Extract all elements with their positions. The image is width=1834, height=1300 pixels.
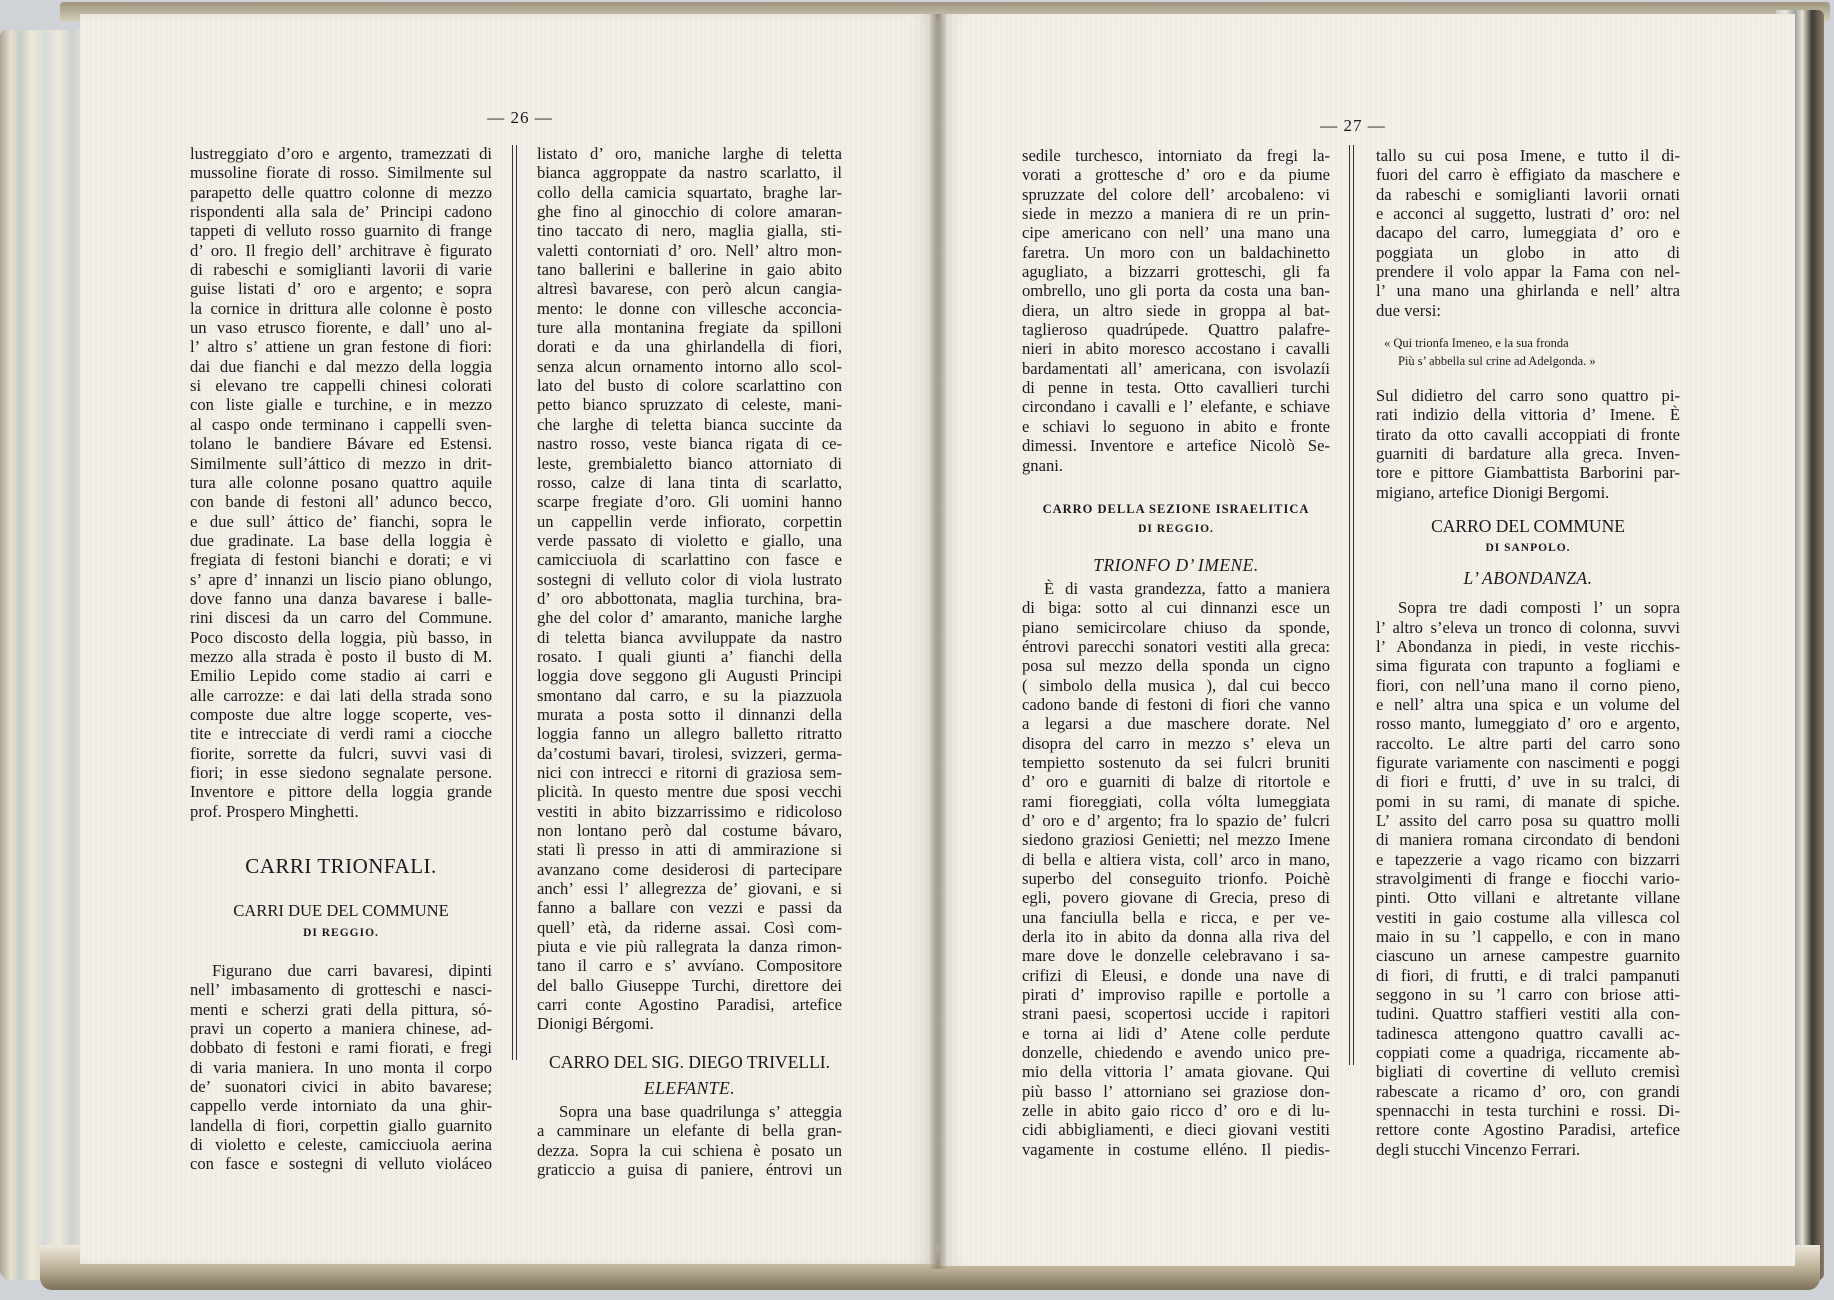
text-line: ciascuno un arnese campestre guarnito (1376, 946, 1680, 965)
text-line: dezza. Sopra la cui schiena è posato un (537, 1141, 842, 1160)
verse-line-1: « Qui trionfa Imeneo, e la sua fronda (1376, 334, 1680, 352)
text-line: nell’ imbasamento di grotteschi e nasci- (190, 980, 492, 999)
text-line: sima figurata con trapunto a fogliami e (1376, 656, 1680, 675)
text-line: fiori, con nell’una mano il corno pieno, (1376, 676, 1680, 695)
text-line: rosso manto, lumeggiato d’ oro e argento… (1376, 714, 1680, 733)
text-line: rabescate a ricamo d’ oro, con grandi (1376, 1082, 1680, 1101)
text-line: l’ altro s’ attiene un gran festone di f… (190, 337, 492, 356)
text-line: di penne in testa. Otto cavallieri turch… (1022, 378, 1330, 397)
column-rule-left (512, 145, 517, 1060)
text-line: bigliati di covertine di velluto cremisì (1376, 1062, 1680, 1081)
heading-carro-sezione-israelitica: CARRO DELLA SEZIONE ISRAELITICA (1022, 499, 1330, 519)
text-line: mussoline fiorate di rosso. Similmente s… (190, 163, 492, 182)
text-line: maio in su ’l cappello, e con in mano (1376, 927, 1680, 946)
book-left-page-stack (0, 30, 90, 1280)
text-line: gnani. (1022, 456, 1330, 475)
col4-paragraph-abondanza: Sopra tre dadi composti l’ un sopral’ al… (1376, 598, 1680, 1159)
text-line: non lontano però dal costume bávaro, (537, 821, 842, 840)
text-line: siedono graziosi Genietti; nel mezzo Ime… (1022, 830, 1330, 849)
text-line: donzelle, chiedendo e avendo unico pre- (1022, 1043, 1330, 1062)
text-line: del ballo Giuseppe Turchi, direttore dei (537, 976, 842, 995)
text-line: al caspo onde terminano i cappelli sven- (190, 415, 492, 434)
text-line: avanzano come desiderosi di partecipare (537, 860, 842, 879)
text-line: ture alla montanina fregiate da spilloni (537, 318, 842, 337)
text-line: mezzo alla strada è posto il busto di M. (190, 647, 492, 666)
text-line: e schiavi lo seguono in abito e fronte (1022, 417, 1330, 436)
text-line: sostegni di velluto color di viola lustr… (537, 570, 842, 589)
text-line: di varia maniera. In uno monta il corpo (190, 1058, 492, 1077)
verse-line-2: Più s’ abbella sul crine ad Adelgonda. » (1376, 352, 1680, 370)
text-line: quell’ età, da riderne assai. Così com- (537, 918, 842, 937)
text-line: da rabeschi e somiglianti lavorii ornati (1376, 185, 1680, 204)
text-line: a camminare un elefante di bella gran- (537, 1121, 842, 1140)
text-line: coppiati come a quadriga, riccamente ab- (1376, 1043, 1680, 1062)
text-line: vagamente in costume elléno. Il piedis- (1022, 1140, 1330, 1159)
text-line: rami fioreggiati, colla vólta lumeggiata (1022, 792, 1330, 811)
text-line: di bella e altiera vista, coll’ arco in … (1022, 850, 1330, 869)
text-line: disopra del carro in mezzo s’ eleva un (1022, 734, 1330, 753)
text-line: Emilio Lepido come stadio ai carri e (190, 666, 492, 685)
text-line: degli stucchi Vincenzo Ferrari. (1376, 1140, 1680, 1159)
text-line: rosato. I quali giunti a’ fianchi della (537, 647, 842, 666)
text-line: È di vasta grandezza, fatto a maniera (1022, 579, 1330, 598)
text-line: seggono in su ’l carro con briose atti- (1376, 985, 1680, 1004)
text-line: listato d’ oro, maniche larghe di telett… (537, 144, 842, 163)
text-line: mio della vittoria l’ amata giovane. Qui (1022, 1062, 1330, 1081)
text-line: di violetto e celeste, camicciuola aerin… (190, 1135, 492, 1154)
text-line: spennacchi in testa turchini e rossi. Di… (1376, 1101, 1680, 1120)
text-line: senza alcun ornamento intorno allo scol- (537, 357, 842, 376)
text-line: Similmente sull’áttico di mezzo in drit- (190, 454, 492, 473)
text-line: derla ito in abito da donna alla riva de… (1022, 927, 1330, 946)
text-line: plicità. In questo mentre due sposi vecc… (537, 782, 842, 801)
text-line: tura alle colonne posano quattro aquile (190, 473, 492, 492)
text-line: vorati a grottesche d’ oro e da piume (1022, 165, 1330, 184)
text-line: Dionigi Bérgomi. (537, 1014, 842, 1033)
text-line: da’costumi bavari, tirolesi, svizzeri, g… (537, 744, 842, 763)
text-line: ghe fino al ginocchio di colore amaran- (537, 202, 842, 221)
text-line: pomi in su rami, di manate di spiche. (1376, 792, 1680, 811)
text-line: leste, grembialetto bianco attorniato di (537, 454, 842, 473)
text-line: strani paesi, scopertosi uccide i rapito… (1022, 1004, 1330, 1023)
col2-paragraph-ballo: listato d’ oro, maniche larghe di telett… (537, 144, 842, 1034)
text-line: parapetto delle quattro colonne di mezzo (190, 183, 492, 202)
text-line: verde passato di violetto e giallo, una (537, 531, 842, 550)
text-line: fiorite, sorrette da fulcri, suvvi vasi … (190, 744, 492, 763)
heading-carro-del-commune-sanpolo: CARRO DEL COMMUNE (1376, 514, 1680, 538)
heading-carri-trionfali: CARRI TRIONFALI. (190, 847, 492, 885)
heading-l-abondanza: L’ ABONDANZA. (1376, 564, 1680, 592)
text-line: tano ballerini e ballerine in gaio abito (537, 260, 842, 279)
text-line: rettore conte Agostino Paradisi, artefic… (1376, 1120, 1680, 1139)
text-line: dobbato di festoni e rami fiorati, e fre… (190, 1038, 492, 1057)
text-line: fregiata di festoni bianchi e dorati; e … (190, 550, 492, 569)
text-line: di fiori e frutti, d’ uve in su tralci, … (1376, 772, 1680, 791)
text-line: con bande di festoni all’ adunco becco, (190, 492, 492, 511)
text-line: tallo su cui posa Imene, e tutto il di- (1376, 146, 1680, 165)
text-line: spruzzate del colore dell’ arcobaleno: v… (1022, 185, 1330, 204)
text-line: tempietto sostenuto da sei fulcri brunit… (1022, 753, 1330, 772)
text-line: circondano i cavalli e l’ elefante, e sc… (1022, 397, 1330, 416)
text-line: éntrovi parecchi sonatori vestiti alla g… (1022, 637, 1330, 656)
text-line: tite e intrecciate di verdi rami a ciocc… (190, 724, 492, 743)
text-line: tadinesca attengono quattro cavalli ac- (1376, 1024, 1680, 1043)
subheading-di-reggio-israelitica: DI REGGIO. (1022, 519, 1330, 539)
column-4: tallo su cui posa Imene, e tutto il di-f… (1376, 146, 1680, 1159)
text-line: e due sull’ áttico de’ fianchi, sopra le (190, 512, 492, 531)
text-line: bardamentati all’ americana, con isvolaz… (1022, 359, 1330, 378)
text-line: egli, povero giovane di Grecia, preso di (1022, 888, 1330, 907)
text-line: sedile turchesco, intorniato da fregi la… (1022, 146, 1330, 165)
text-line: due versi: (1376, 301, 1680, 320)
text-line: vestiti in abito bizzarrissimo e ridicol… (537, 802, 842, 821)
text-line: un vaso etrusco fiorente, e dall’ uno al… (190, 318, 492, 337)
text-line: raccolto. Le altre parti del carro sono (1376, 734, 1680, 753)
text-line: tudini. Quattro staffieri vestiti alla c… (1376, 1004, 1680, 1023)
text-line: altresì bavarese, con però alcun cangia- (537, 279, 842, 298)
text-line: pirati d’ improviso rapille e portolle a (1022, 985, 1330, 1004)
text-line: vestiti in gaio costume alla villesca co… (1376, 908, 1680, 927)
text-line: anch’ essi l’ allegrezza de’ giovani, e … (537, 879, 842, 898)
text-line: murata a posta sotto il dinnanzi della (537, 705, 842, 724)
text-line: ombrello, uno gli porta da costa una ban… (1022, 281, 1330, 300)
text-line: due gradinate. La base della loggia è (190, 531, 492, 550)
col2-paragraph-elefante: Sopra una base quadrilunga s’ atteggiaa … (537, 1102, 842, 1179)
text-line: taglieroso quadrúpede. Quattro palafre- (1022, 320, 1330, 339)
text-line: fiori; in esse siedono segnalate persone… (190, 763, 492, 782)
text-line: un cappellin verde infiorato, corpettin (537, 512, 842, 531)
text-line: con liste gialle e turchine, e in mezzo (190, 395, 492, 414)
subheading-elefante: ELEFANTE. (537, 1074, 842, 1102)
text-line: dimessi. Inventore e artefice Nicolò Se- (1022, 436, 1330, 455)
text-line: di biga: sotto al cui dinnanzi esce un (1022, 598, 1330, 617)
subheading-di-sanpolo: DI SANPOLO. (1376, 538, 1680, 558)
text-line: d’ oro abbottonata, maglia turchina, bra… (537, 589, 842, 608)
text-line: figurate variamente con nascimenti e pog… (1376, 753, 1680, 772)
text-line: dacapo del carro, lumeggiata d’ oro e (1376, 223, 1680, 242)
text-line: d’ oro. Il fregio dell’ architrave è fig… (190, 241, 492, 260)
text-line: d’ oro e d’ argento; fra lo spazio de’ f… (1022, 811, 1330, 830)
text-line: con fasce e sostegni di velluto violáceo (190, 1154, 492, 1173)
text-line: siede in mezzo a maniera di re un prin- (1022, 204, 1330, 223)
column-2: listato d’ oro, maniche larghe di telett… (537, 144, 842, 1179)
text-line: superbo del conseguito trionfo. Poichè (1022, 869, 1330, 888)
text-line: si elevano tre cappelli chinesi colorati (190, 376, 492, 395)
text-line: rosso, calze di lana tinta di scarlatto, (537, 473, 842, 492)
col1-paragraph-loggia: lustreggiato d’oro e argento, tramezzati… (190, 144, 492, 821)
column-rule-right (1349, 145, 1354, 1065)
text-line: fuori del carro è effigiato da maschere … (1376, 165, 1680, 184)
text-line: d’ oro e guarniti di balze di ritortole … (1022, 772, 1330, 791)
text-line: ghe del color d’ amaranto, maniche largh… (537, 608, 842, 627)
text-line: mare dove le donzelle celebravano i sa- (1022, 946, 1330, 965)
text-line: l’ Abondanza in piedi, in veste ricchis- (1376, 637, 1680, 656)
text-line: Poco discosto della loggia, più basso, i… (190, 628, 492, 647)
heading-carro-trivelli: CARRO DEL SIG. DIEGO TRIVELLI. (537, 1050, 842, 1074)
text-line: nastro rosso, veste bianca rigata di ce- (537, 434, 842, 453)
text-line: dove fanno una danza bavarese i balle- (190, 589, 492, 608)
text-line: dai due fianchi e dal mezzo della loggia (190, 357, 492, 376)
text-line: alle carrozze: e dai lati della strada s… (190, 686, 492, 705)
text-line: Inventore e pittore della loggia grande (190, 782, 492, 801)
text-line: lustreggiato d’oro e argento, tramezzati… (190, 144, 492, 163)
text-line: nieri in abito moresco accostano i caval… (1022, 339, 1330, 358)
text-line: di maniera romana circondato di bendoni (1376, 830, 1680, 849)
text-line: mento: le donne con villesche acconcia- (537, 299, 842, 318)
text-line: stravolgimenti di frange e fiocchi vario… (1376, 869, 1680, 888)
text-line: posa sul mezzo della sponda un cigno (1022, 656, 1330, 675)
column-3: sedile turchesco, intorniato da fregi la… (1022, 146, 1330, 1159)
text-line: ( simbolo della musica ), dal cui becco (1022, 676, 1330, 695)
heading-carri-due-del-commune: CARRI DUE DEL COMMUNE (190, 899, 492, 923)
heading-trionfo-d-imene: TRIONFO D’ IMENE. (1022, 551, 1330, 579)
book-gutter (930, 14, 946, 1269)
text-line: tolano le bandiere Bávare ed Estensi. (190, 434, 492, 453)
text-line: stati lì presso in atti di ammirazione s… (537, 840, 842, 859)
text-line: rispondenti alla sala de’ Principi cadon… (190, 202, 492, 221)
page-number-27: — 27 — (1293, 116, 1413, 136)
text-line: zelle in abito gaio ricco d’ oro e di lu… (1022, 1101, 1330, 1120)
text-line: L’ assito del carro posa su quattro moll… (1376, 811, 1680, 830)
column-1: lustreggiato d’oro e argento, tramezzati… (190, 144, 492, 1174)
text-line: e nell’ altra una spica e un volume del (1376, 695, 1680, 714)
text-line: cidi abbigliamenti, e dieci giovani vest… (1022, 1120, 1330, 1139)
text-line: faretra. Un moro con un baldachinetto (1022, 243, 1330, 262)
text-line: cadono bande di festoni di fiori che van… (1022, 695, 1330, 714)
text-line: e torna ai lidi d’ Atene colle perdute (1022, 1024, 1330, 1043)
col4-paragraph-didietro: Sul didietro del carro sono quattro pi-r… (1376, 386, 1680, 502)
text-line: fanno a ballare con vezzi e passi da (537, 898, 842, 917)
text-line: smontano dal carro, e su la piazzuola (537, 686, 842, 705)
text-line: tappeti di velluto rosso guarnito di fra… (190, 221, 492, 240)
text-line: tano il carro e s’ avvíano. Compositore (537, 956, 842, 975)
text-line: Figurano due carri bavaresi, dipinti (190, 961, 492, 980)
col4-paragraph-piedistallo: tallo su cui posa Imene, e tutto il di-f… (1376, 146, 1680, 320)
text-line: carri conte Agostino Paradisi, artefice (537, 995, 842, 1014)
text-line: poggiata un globo in atto di (1376, 243, 1680, 262)
text-line: che larghe di teletta bianca succinte da (537, 415, 842, 434)
col1-paragraph-carri: Figurano due carri bavaresi, dipintinell… (190, 961, 492, 1174)
text-line: rini discesi da un carro del Commune. (190, 608, 492, 627)
text-line: prendere il volo appar la Fama con nel- (1376, 262, 1680, 281)
text-line: loggia fanno un allegro balletto ritratt… (537, 724, 842, 743)
text-line: diera, un altro siede in groppa al bat- (1022, 301, 1330, 320)
text-line: collo della camicia squartato, braghe la… (537, 183, 842, 202)
text-line: tore e pittore Giambattista Barborini pa… (1376, 463, 1680, 482)
text-line: migiano, artefice Dionigi Bergomi. (1376, 483, 1680, 502)
text-line: tino taccato di nero, maglia gialla, sti… (537, 221, 842, 240)
text-line: pravi un coperto a maniera chinese, ad- (190, 1019, 492, 1038)
text-line: la cornice in drittura alle colonne è po… (190, 299, 492, 318)
text-line: graticcio a guisa di paniere, éntrovi un (537, 1160, 842, 1179)
text-line: menti e scherzi grati della pittura, só- (190, 1000, 492, 1019)
text-line: e tapezzerie a vago ricamo con bizzarri (1376, 850, 1680, 869)
page-number-26: — 26 — (460, 108, 580, 128)
text-line: di teletta bianca avviluppate da nastro (537, 628, 842, 647)
text-line: crifizi di Eleusi, e donde una nave di (1022, 966, 1330, 985)
col3-paragraph-turchesco: sedile turchesco, intorniato da fregi la… (1022, 146, 1330, 475)
text-line: camicciuola di scarlattino con fasce e (537, 550, 842, 569)
text-line: lato del busto di colore scarlattino con (537, 376, 842, 395)
text-line: Sul didietro del carro sono quattro pi- (1376, 386, 1680, 405)
text-line: agugliato, a bizzarri grotteschi, gli fa (1022, 262, 1330, 281)
text-line: pinti. Otto villani e altretante villane (1376, 888, 1680, 907)
text-line: guarniti di bardature alla greca. Inven- (1376, 444, 1680, 463)
text-line: cappello verde intorniato da una ghir- (190, 1096, 492, 1115)
text-line: guise listati d’ oro e argento; e sopra (190, 279, 492, 298)
text-line: l’ altro s’eleva un tronco di colonna, s… (1376, 618, 1680, 637)
text-line: s’ apre d’ innanzi un liscio piano oblun… (190, 570, 492, 589)
text-line: di rabeschi e somiglianti lavorii di var… (190, 260, 492, 279)
text-line: composte due altre logge scoperte, ves- (190, 705, 492, 724)
text-line: rati indizio della vittoria d’ Imene. È (1376, 405, 1680, 424)
text-line: scarpe fregiate d’oro. Gli uomini hanno (537, 492, 842, 511)
text-line: bianca aggroppate da nastro scarlatto, i… (537, 163, 842, 182)
text-line: petto bianco spruzzato di celeste, mani- (537, 395, 842, 414)
text-line: e acconci al suggetto, lustrati d’ oro: … (1376, 204, 1680, 223)
text-line: Sopra tre dadi composti l’ un sopra (1376, 598, 1680, 617)
text-line: di fiori, di frutti, e di tralci pampanu… (1376, 966, 1680, 985)
subheading-di-reggio: DI REGGIO. (190, 923, 492, 943)
text-line: piuta e vie più rallegrata la danza rimo… (537, 937, 842, 956)
text-line: a legarsi a due maschere dorate. Nel (1022, 714, 1330, 733)
text-line: piano semicircolare chiuso da sponde, (1022, 618, 1330, 637)
text-line: Sopra una base quadrilunga s’ atteggia (537, 1102, 842, 1121)
text-line: landella di fiori, corpettin giallo guar… (190, 1116, 492, 1135)
text-line: de’ suonatori civici in abito bavarese; (190, 1077, 492, 1096)
text-line: l’ una mano una ghirlanda e nell’ altra (1376, 281, 1680, 300)
text-line: nici con intrecci e ritorni di graziosa … (537, 763, 842, 782)
text-line: valetti contorniati d’ oro. Nell’ altro … (537, 241, 842, 260)
text-line: prof. Prospero Minghetti. (190, 802, 492, 821)
text-line: loggia dove seggono gli Augusti Principi (537, 666, 842, 685)
text-line: dorati e da una ghirlandella di fiori, (537, 337, 842, 356)
text-line: una fanciulla bella e ricca, e per ve- (1022, 908, 1330, 927)
text-line: tirato da otto cavalli accoppiati di fro… (1376, 425, 1680, 444)
text-line: più basso l’ attorniano sei graziose don… (1022, 1082, 1330, 1101)
col3-paragraph-imene: È di vasta grandezza, fatto a manieradi … (1022, 579, 1330, 1159)
text-line: cipe americano con nell’ una mano una (1022, 223, 1330, 242)
